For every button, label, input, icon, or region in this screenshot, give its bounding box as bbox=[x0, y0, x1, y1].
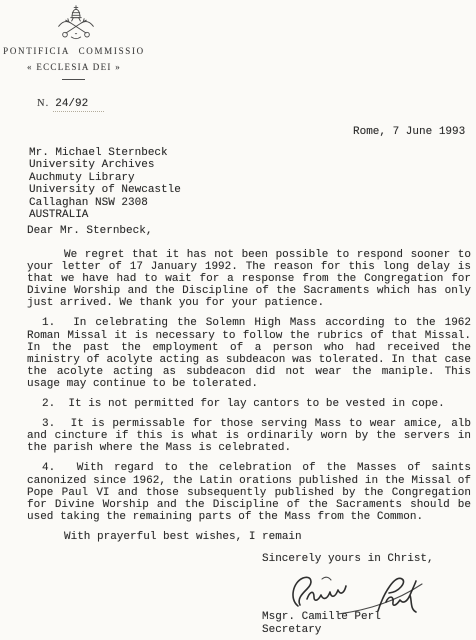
valediction: Sincerely yours in Christ, bbox=[262, 553, 434, 565]
letterhead-commission-name: « ECCLESIA DEI » bbox=[3, 62, 145, 72]
salutation: Dear Mr. Sternbeck, bbox=[27, 225, 152, 237]
recipient-line: AUSTRALIA bbox=[29, 209, 181, 221]
protocol-number: 24/92 bbox=[53, 98, 104, 112]
letterhead-organization: PONTIFICIA COMMISSIO bbox=[3, 46, 145, 56]
dateline: Rome, 7 June 1993 bbox=[353, 126, 465, 138]
body-paragraph-closing: With prayerful best wishes, I remain bbox=[27, 531, 471, 543]
recipient-address-block: Mr. Michael Sternbeck University Archive… bbox=[29, 147, 181, 221]
body-paragraph-point-2: 2. It is not permitted for lay cantors t… bbox=[27, 398, 471, 410]
recipient-line: University of Newcastle bbox=[29, 184, 181, 196]
signer-name: Msgr. Camille Perl bbox=[262, 611, 381, 624]
body-paragraph-intro: We regret that it has not been possible … bbox=[27, 249, 471, 309]
scanned-letter-page: PONTIFICIA COMMISSIO « ECCLESIA DEI » N.… bbox=[0, 0, 476, 640]
letter-body: We regret that it has not been possible … bbox=[27, 249, 471, 551]
protocol-label: N. bbox=[37, 98, 49, 109]
letterhead-divider bbox=[62, 79, 85, 80]
recipient-line: University Archives bbox=[29, 159, 181, 171]
recipient-line: Mr. Michael Sternbeck bbox=[29, 147, 181, 159]
signer-block: Msgr. Camille Perl Secretary bbox=[262, 611, 381, 636]
signature-scrawl bbox=[286, 570, 426, 616]
protocol-number-line: N.24/92 bbox=[37, 98, 104, 110]
papal-crest-icon bbox=[56, 1, 96, 45]
body-paragraph-point-1: 1. In celebrating the Solemn High Mass a… bbox=[27, 317, 471, 390]
recipient-line: Auchmuty Library bbox=[29, 172, 181, 184]
body-paragraph-point-3: 3. It is permissable for those serving M… bbox=[27, 418, 471, 454]
body-paragraph-point-4: 4. With regard to the celebration of the… bbox=[27, 462, 471, 522]
recipient-line: Callaghan NSW 2308 bbox=[29, 197, 181, 209]
signer-title: Secretary bbox=[262, 624, 381, 637]
